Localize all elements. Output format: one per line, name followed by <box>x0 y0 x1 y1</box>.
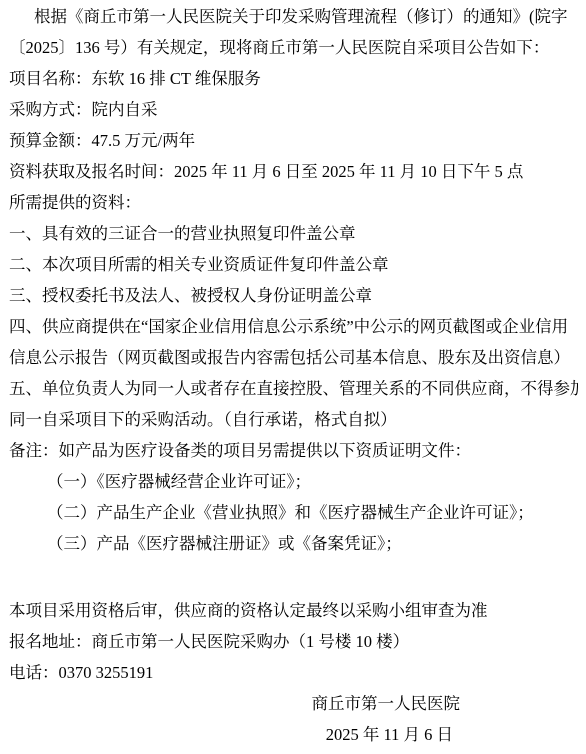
cert-item-3: （三）产品《医疗器械注册证》或《备案凭证》； <box>9 528 578 559</box>
project-name-line: 项目名称：东软 16 排 CT 维保服务 <box>9 63 578 94</box>
announcement-document: 根据《商丘市第一人民医院关于印发采购管理流程（修订）的通知》(院字 〔2025〕… <box>0 0 586 754</box>
material-item-4-line-1: 四、供应商提供在“国家企业信用信息公示系统”中公示的网页截图或企业信用 <box>9 311 578 342</box>
registration-time-line: 资料获取及报名时间：2025 年 11 月 6 日至 2025 年 11 月 1… <box>9 156 578 187</box>
intro-paragraph-line-2: 〔2025〕136 号）有关规定，现将商丘市第一人民医院自采项目公告如下： <box>9 32 578 63</box>
intro-paragraph-line-1: 根据《商丘市第一人民医院关于印发采购管理流程（修订）的通知》(院字 <box>9 1 578 32</box>
material-item-2: 二、本次项目所需的相关专业资质证件复印件盖公章 <box>9 249 578 280</box>
budget-line: 预算金额：47.5 万元/两年 <box>9 125 578 156</box>
blank-line-spacer <box>9 559 578 595</box>
registration-address-line: 报名地址：商丘市第一人民医院采购办（1 号楼 10 楼） <box>9 626 578 657</box>
material-item-3: 三、授权委托书及法人、被授权人身份证明盖公章 <box>9 280 578 311</box>
material-item-5-line-1: 五、单位负责人为同一人或者存在直接控股、管理关系的不同供应商，不得参加 <box>9 373 578 404</box>
cert-item-2: （二）产品生产企业《营业执照》和《医疗器械生产企业许可证》； <box>9 497 578 528</box>
material-item-5-line-2: 同一自采项目下的采购活动。（自行承诺，格式自拟） <box>9 404 578 435</box>
phone-line: 电话：0370 3255191 <box>9 657 578 688</box>
material-item-1: 一、具有效的三证合一的营业执照复印件盖公章 <box>9 218 578 249</box>
qualification-review-note: 本项目采用资格后审，供应商的资格认定最终以采购小组审查为准 <box>9 595 578 626</box>
materials-header: 所需提供的资料： <box>9 187 578 218</box>
note-header: 备注：如产品为医疗设备类的项目另需提供以下资质证明文件： <box>9 435 578 466</box>
signature-date: 2025 年 11 月 6 日 <box>9 719 578 750</box>
material-item-4-line-2: 信息公示报告（网页截图或报告内容需包括公司基本信息、股东及出资信息） <box>9 342 578 373</box>
signature-organization: 商丘市第一人民医院 <box>9 688 578 719</box>
procurement-method-line: 采购方式：院内自采 <box>9 94 578 125</box>
cert-item-1: （一）《医疗器械经营企业许可证》； <box>9 466 578 497</box>
